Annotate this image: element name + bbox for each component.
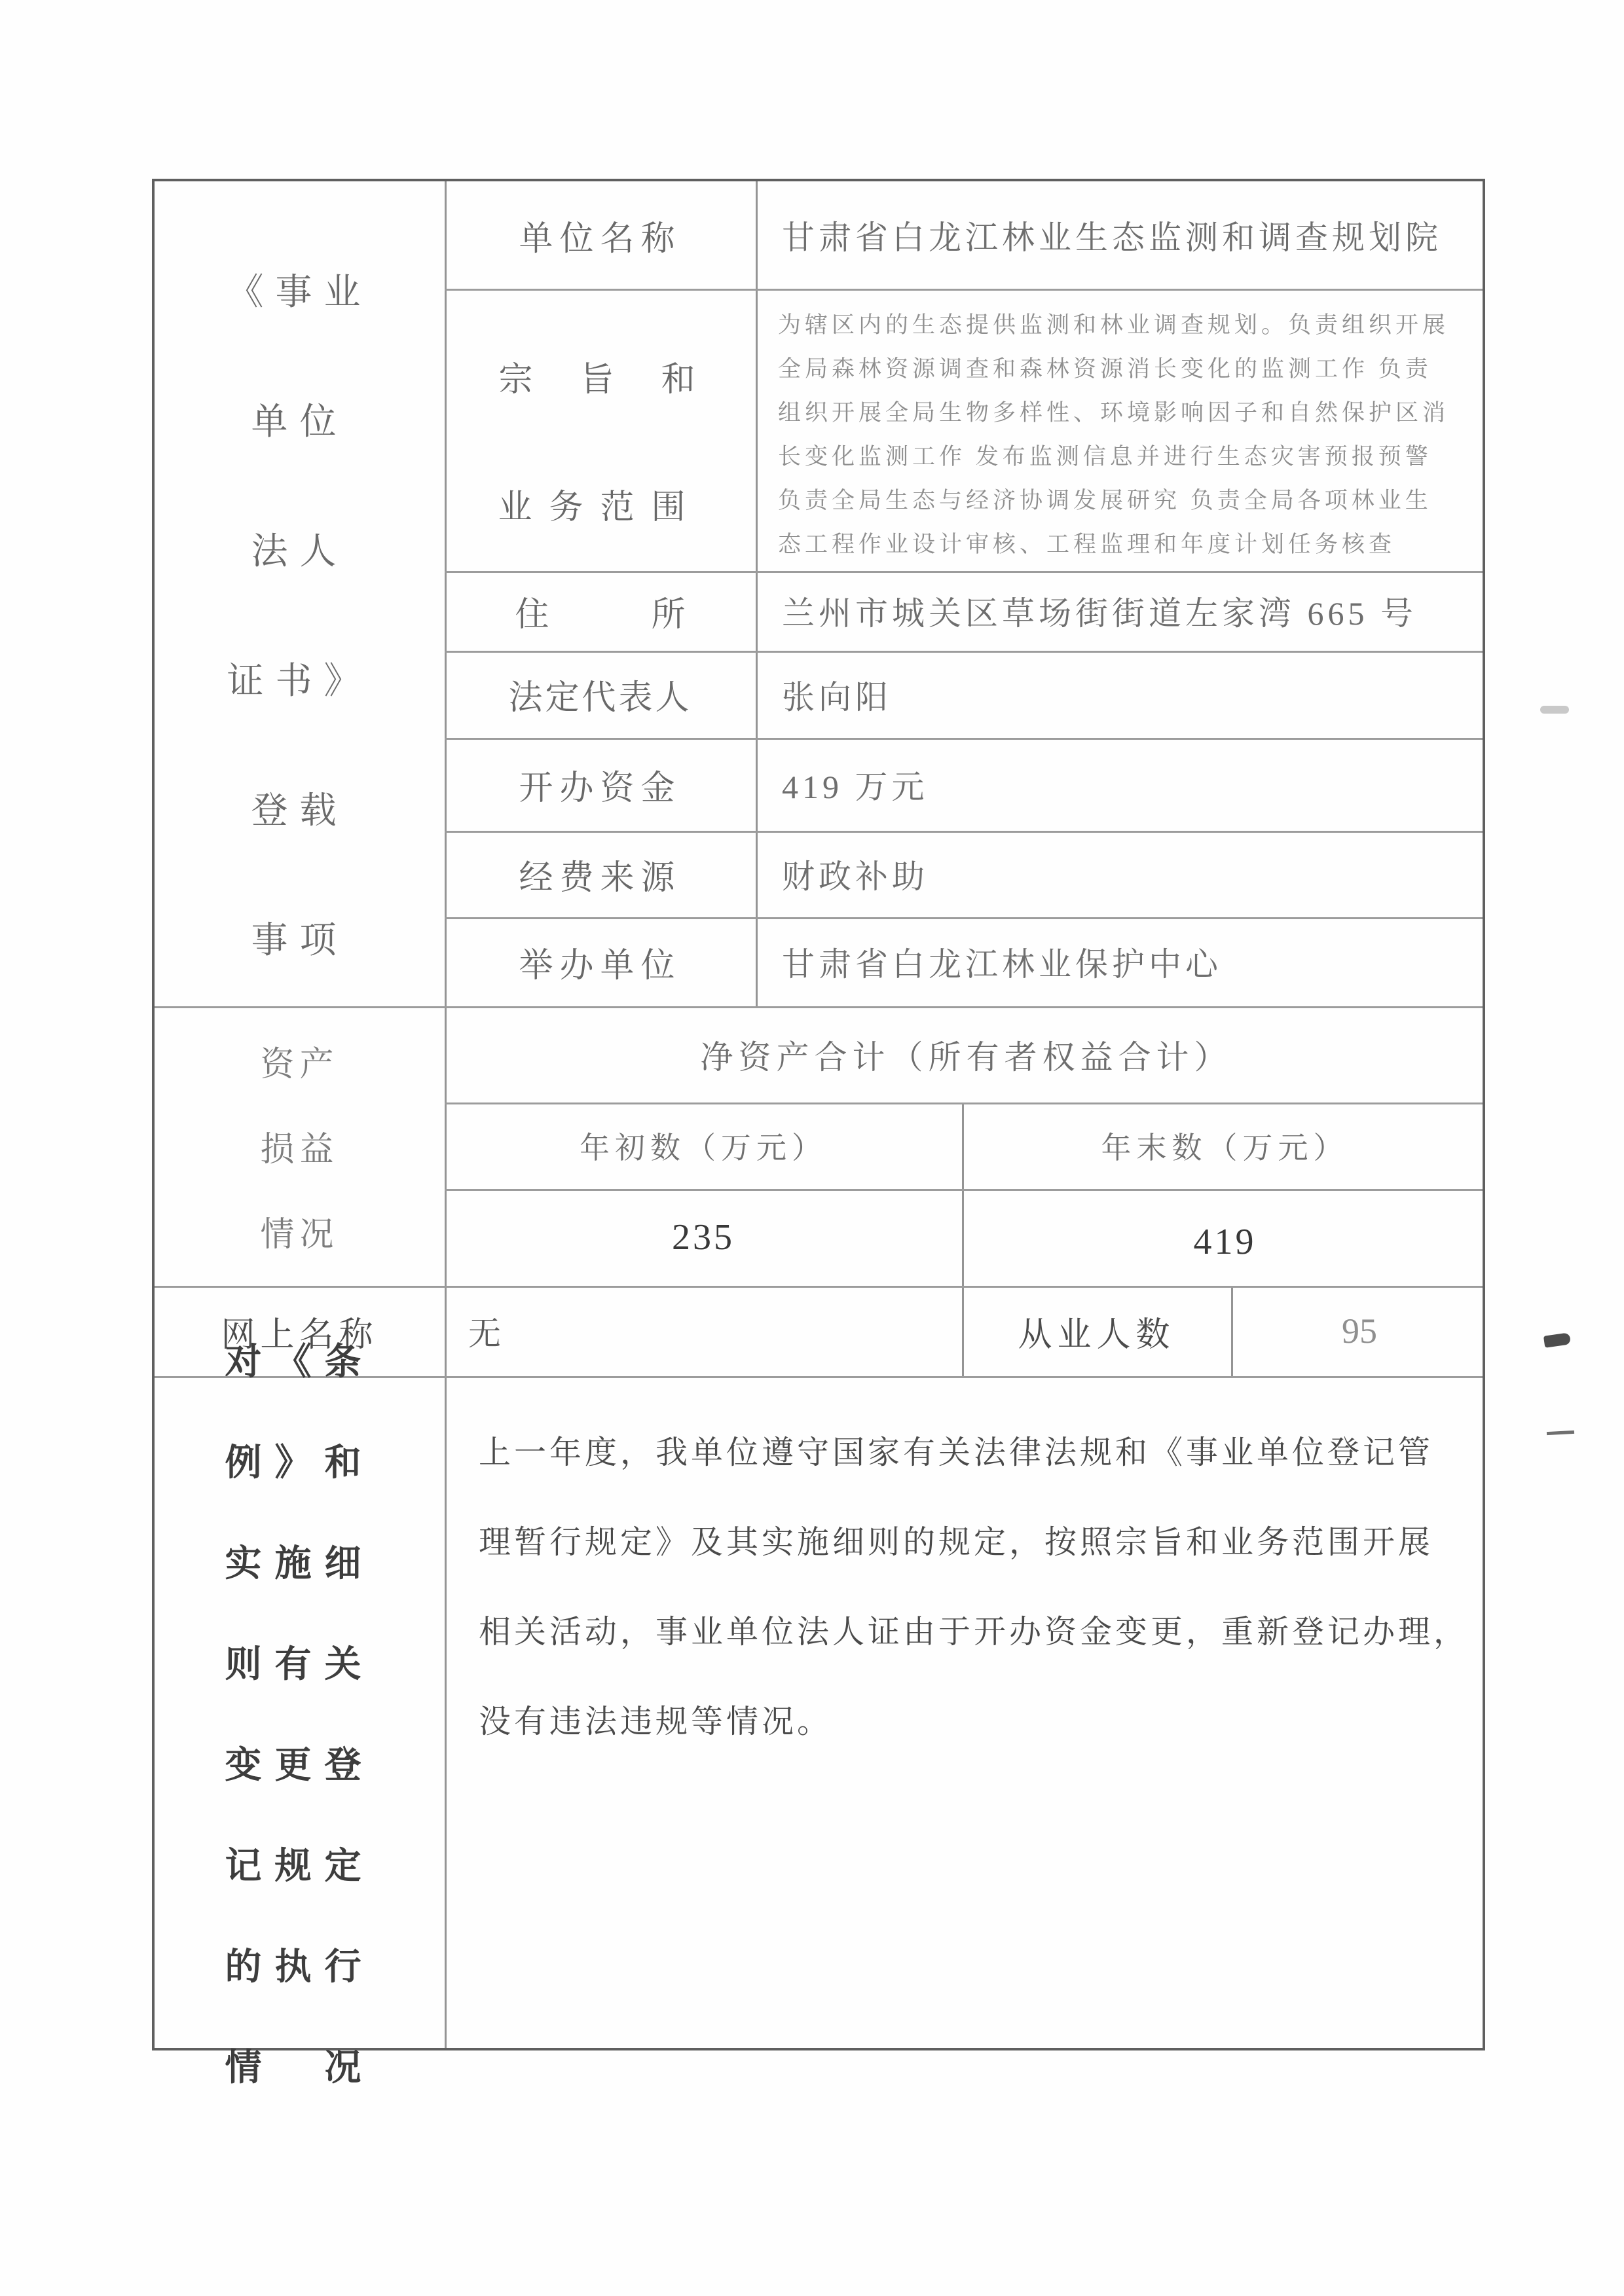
compliance-side-line: 记规定 xyxy=(225,1837,375,1889)
year-start-column-header: 年初数（万元） xyxy=(445,1102,962,1189)
funding-label: 经费来源 xyxy=(445,831,756,917)
unit-name-value-text: 甘肃省白龙江林业生态监测和调查规划院 xyxy=(782,211,1442,259)
compliance-statement-line: 理暂行规定》及其实施细则的规定，按照宗旨和业务范围开展 xyxy=(479,1497,1433,1587)
residence-label-text: 住 所 xyxy=(515,587,685,636)
purpose-value-line: 为辖区内的生态提供监测和林业调查规划。负责组织开展 xyxy=(778,303,1449,347)
registration-form-table: 《事业 单位 法人 证书》 登载 事项 单位名称 甘肃省白龙江林业生态监测和调查… xyxy=(152,179,1485,2050)
compliance-side-line: 则有关 xyxy=(225,1635,375,1688)
unit-name-value: 甘肃省白龙江林业生态监测和调查规划院 xyxy=(756,181,1488,289)
cert-side-line: 登载 xyxy=(251,782,348,834)
year-start-value: 235 xyxy=(445,1189,962,1286)
compliance-statement-line: 没有违法违规等情况。 xyxy=(479,1677,832,1766)
organizer-label: 举办单位 xyxy=(445,917,756,1006)
purpose-label-line2: 业务范围 xyxy=(498,479,702,528)
legal-rep-label: 法定代表人 xyxy=(445,651,756,738)
net-assets-header: 净资产合计（所有者权益合计） xyxy=(445,1006,1488,1102)
cert-side-line: 法人 xyxy=(251,522,348,575)
year-end-column-header: 年末数（万元） xyxy=(962,1102,1488,1189)
online-name-value: 无 xyxy=(445,1286,962,1376)
year-start-value-text: 235 xyxy=(672,1216,735,1258)
residence-value: 兰州市城关区草场街街道左家湾 665 号 xyxy=(756,571,1488,651)
cert-side-line: 证书》 xyxy=(227,652,373,704)
staff-count-value-text: 95 xyxy=(1342,1311,1377,1351)
compliance-statement-line: 相关活动，事业单位法人证由于开办资金变更，重新登记办理， xyxy=(479,1587,1469,1677)
year-end-header-text: 年末数（万元） xyxy=(1101,1124,1349,1167)
year-end-value-text: 419 xyxy=(1194,1221,1257,1263)
assets-side-line: 情况 xyxy=(260,1207,339,1256)
capital-label: 开办资金 xyxy=(445,738,756,831)
funding-label-text: 经费来源 xyxy=(519,850,681,899)
year-start-header-text: 年初数（万元） xyxy=(580,1124,827,1167)
assets-side-line: 损益 xyxy=(260,1121,339,1171)
capital-value-text: 419 万元 xyxy=(782,761,929,808)
scanned-document-page: 《事业 单位 法人 证书》 登载 事项 单位名称 甘肃省白龙江林业生态监测和调查… xyxy=(0,0,1624,2296)
staff-count-label: 从业人数 xyxy=(962,1286,1231,1376)
cert-side-line: 《事业 xyxy=(227,263,373,316)
compliance-side-line: 实施细 xyxy=(225,1535,375,1587)
year-end-value: 419 xyxy=(962,1189,1488,1286)
legal-rep-value: 张向阳 xyxy=(756,651,1488,738)
net-assets-header-text: 净资产合计（所有者权益合计） xyxy=(701,1031,1232,1078)
staff-count-label-text: 从业人数 xyxy=(1018,1307,1175,1356)
assets-section-side-label: 资产 损益 情况 xyxy=(155,1006,445,1286)
scan-speck-dark-tick xyxy=(1543,1332,1571,1347)
residence-label: 住 所 xyxy=(445,571,756,651)
compliance-statement: 上一年度，我单位遵守国家有关法律法规和《事业单位登记管 理暂行规定》及其实施细则… xyxy=(445,1376,1488,2048)
unit-name-label: 单位名称 xyxy=(445,181,756,289)
purpose-value-line: 态工程作业设计审核、工程监理和年度计划任务核查 xyxy=(778,522,1395,566)
purpose-value-line: 全局森林资源调查和森林资源消长变化的监测工作 负责 xyxy=(778,347,1432,391)
organizer-value: 甘肃省白龙江林业保护中心 xyxy=(756,917,1488,1006)
compliance-side-line: 情 况 xyxy=(225,2039,375,2091)
funding-value: 财政补助 xyxy=(756,831,1488,917)
purpose-label-line1: 宗 旨 和 xyxy=(498,352,701,401)
legal-rep-value-text: 张向阳 xyxy=(782,671,892,718)
capital-value: 419 万元 xyxy=(756,738,1488,831)
compliance-statement-line: 上一年度，我单位遵守国家有关法律法规和《事业单位登记管 xyxy=(479,1408,1433,1497)
capital-label-text: 开办资金 xyxy=(519,760,681,809)
legal-rep-label-text: 法定代表人 xyxy=(508,670,692,719)
cert-section-side-label: 《事业 单位 法人 证书》 登载 事项 xyxy=(155,181,445,1006)
staff-count-value: 95 xyxy=(1231,1286,1488,1376)
purpose-value-line: 长变化监测工作 发布监测信息并进行生态灾害预报预警 xyxy=(778,435,1432,479)
cert-side-line: 单位 xyxy=(251,393,348,445)
compliance-side-line: 的执行 xyxy=(225,1938,375,1990)
purpose-label: 宗 旨 和 业务范围 xyxy=(445,289,756,571)
cert-side-line: 事项 xyxy=(251,911,348,964)
organizer-label-text: 举办单位 xyxy=(519,938,681,987)
compliance-side-line: 对《条 xyxy=(225,1333,375,1385)
purpose-value-line: 组织开展全局生物多样性、环境影响因子和自然保护区消 xyxy=(778,391,1449,435)
scan-speck-smudge xyxy=(1540,706,1569,714)
compliance-side-line: 变更登 xyxy=(225,1736,375,1789)
purpose-value: 为辖区内的生态提供监测和林业调查规划。负责组织开展 全局森林资源调查和森林资源消… xyxy=(756,289,1488,571)
scan-speck-dash xyxy=(1547,1430,1574,1435)
organizer-value-text: 甘肃省白龙江林业保护中心 xyxy=(782,938,1222,985)
compliance-side-line: 例》和 xyxy=(225,1434,375,1486)
purpose-value-line: 负责全局生态与经济协调发展研究 负责全局各项林业生 xyxy=(778,479,1432,522)
unit-name-label-text: 单位名称 xyxy=(519,211,681,260)
online-name-value-text: 无 xyxy=(468,1307,501,1355)
assets-side-line: 资产 xyxy=(260,1036,339,1085)
residence-value-text: 兰州市城关区草场街街道左家湾 665 号 xyxy=(782,587,1417,634)
compliance-section-side-label: 对《条 例》和 实施细 则有关 变更登 记规定 的执行 情 况 xyxy=(155,1376,445,2048)
funding-value-text: 财政补助 xyxy=(782,850,929,898)
